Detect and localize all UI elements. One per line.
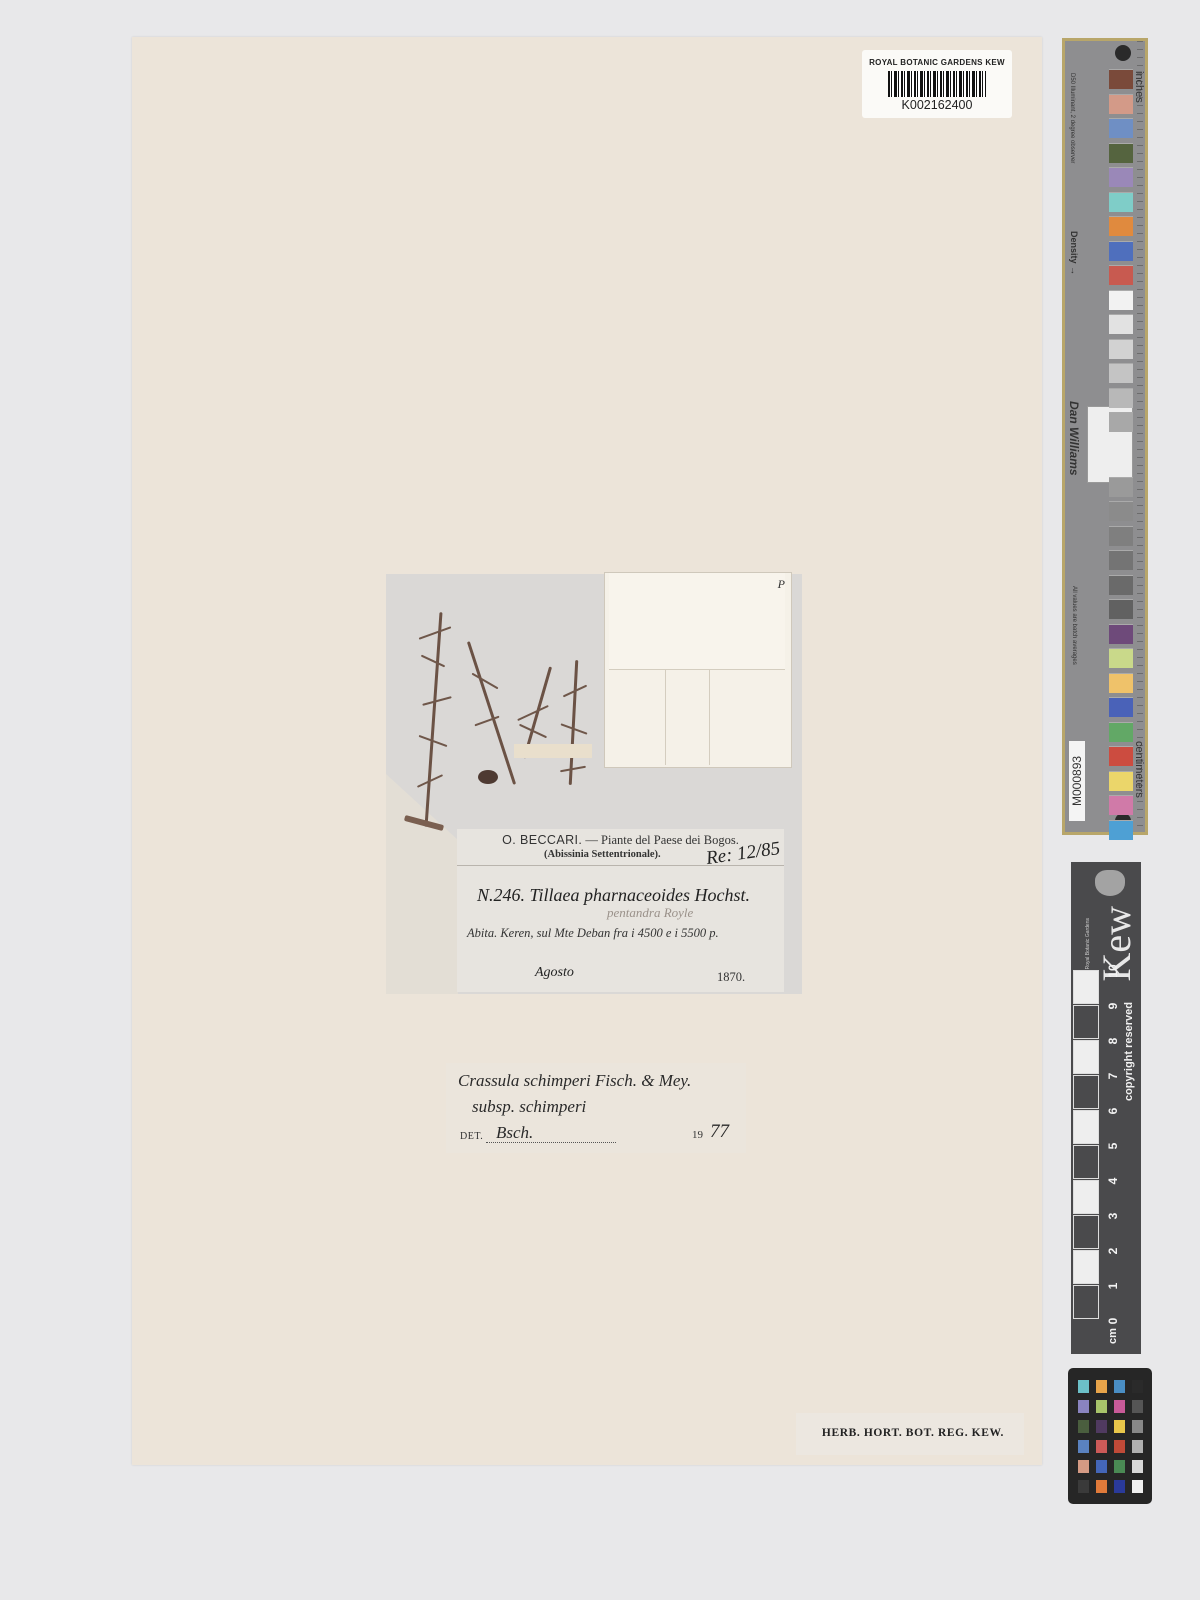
det-prefix: DET. (460, 1131, 483, 1142)
color-patch (1109, 599, 1133, 619)
color-patch (1109, 69, 1133, 89)
scale-tick-label: 6 (1106, 1103, 1120, 1119)
barcode-number: K002162400 (862, 98, 1012, 112)
color-patch (1109, 795, 1133, 815)
checker-swatch (1078, 1480, 1089, 1493)
scale-tick-label: 4 (1106, 1173, 1120, 1189)
checker-swatch (1114, 1380, 1125, 1393)
color-checker-card (1068, 1368, 1152, 1504)
checker-swatch (1114, 1480, 1125, 1493)
checker-swatch (1096, 1460, 1107, 1473)
kew-scale-bar: Kew Royal Botanic Gardens copyright rese… (1071, 862, 1141, 1354)
color-patch (1109, 746, 1133, 766)
scale-segment (1073, 1215, 1099, 1249)
scale-tick-label: 1 (1106, 1278, 1120, 1294)
scale-segment (1073, 1180, 1099, 1214)
strip-hole-icon (1115, 45, 1131, 61)
color-patch (1109, 526, 1133, 546)
scale-segment (1073, 1040, 1099, 1074)
scale-tick-label: 8 (1106, 1033, 1120, 1049)
color-patch (1109, 143, 1133, 163)
cm-label: cm (1107, 1328, 1119, 1344)
checker-swatch (1096, 1440, 1107, 1453)
checker-swatch (1096, 1380, 1107, 1393)
color-patch (1109, 648, 1133, 668)
checker-swatch (1114, 1460, 1125, 1473)
scale-tick-label: 3 (1106, 1208, 1120, 1224)
color-patch (1109, 339, 1133, 359)
scale-tick-label: 2 (1106, 1243, 1120, 1259)
determination-year: 77 (710, 1121, 729, 1143)
color-patch (1109, 216, 1133, 236)
color-patch (1109, 722, 1133, 742)
color-patch (1109, 118, 1133, 138)
color-patch (1109, 94, 1133, 114)
strip-brand: Dan Williams (1067, 401, 1081, 476)
checker-swatch (1132, 1480, 1143, 1493)
color-patch (1109, 363, 1133, 383)
color-patch (1109, 314, 1133, 334)
locality: Abita. Keren, sul Mte Deban fra i 4500 e… (467, 925, 767, 942)
checker-swatch (1114, 1420, 1125, 1433)
copyright-text: copyright reserved (1123, 1002, 1135, 1101)
scale-tick-label: 5 (1106, 1138, 1120, 1154)
color-patch (1109, 575, 1133, 595)
determiner-signature: Bsch. (496, 1123, 533, 1143)
color-patch (1109, 290, 1133, 310)
checker-swatch (1132, 1420, 1143, 1433)
checker-swatch (1078, 1440, 1089, 1453)
color-patch (1109, 820, 1133, 840)
collection-title: Piante del Paese dei Bogos. (601, 833, 739, 847)
checker-swatch (1078, 1400, 1089, 1413)
barcode-icon (888, 71, 986, 97)
scale-segment (1073, 1005, 1099, 1039)
checker-swatch (1114, 1400, 1125, 1413)
color-patch (1109, 697, 1133, 717)
specimen-number-name: N.246. Tillaea pharnaceoides Hochst. (477, 885, 750, 906)
kew-crest-icon (1095, 870, 1125, 896)
barcode-label: ROYAL BOTANIC GARDENS KEW K002162400 (862, 50, 1012, 118)
color-patch (1109, 388, 1133, 408)
alternate-name: pentandra Royle (607, 905, 693, 921)
checker-swatch (1096, 1400, 1107, 1413)
color-patch (1109, 673, 1133, 693)
scale-tick-label: 0 (1106, 1313, 1120, 1329)
checker-swatch (1114, 1440, 1125, 1453)
inches-label: inches (1133, 71, 1145, 103)
color-patch (1109, 550, 1133, 570)
checker-swatch (1078, 1420, 1089, 1433)
institution-name: ROYAL BOTANIC GARDENS KEW (862, 58, 1012, 67)
determination-name: Crassula schimperi Fisch. & Mey. (458, 1071, 691, 1091)
color-patch (1109, 192, 1133, 212)
paper-fold (386, 774, 458, 994)
scale-segment (1073, 1250, 1099, 1284)
checker-swatch (1132, 1380, 1143, 1393)
envelope-flap (609, 573, 785, 670)
checker-swatch (1096, 1480, 1107, 1493)
strip-code: M000893 (1069, 741, 1085, 821)
scale-segment (1073, 970, 1099, 1004)
values-note: All values are batch averages (1071, 586, 1077, 665)
color-patch (1109, 265, 1133, 285)
envelope-mark: P (778, 577, 785, 592)
scale-tick-label: 7 (1106, 1068, 1120, 1084)
checker-swatch (1132, 1400, 1143, 1413)
centimeters-label: centimeters (1133, 741, 1145, 798)
determination-label: Crassula schimperi Fisch. & Mey. subsp. … (446, 1063, 746, 1153)
checker-swatch (1132, 1440, 1143, 1453)
illuminant-note: D50 Illuminant, 2 degree observer (1069, 73, 1075, 163)
color-patch (1109, 501, 1133, 521)
kew-subtitle: Royal Botanic Gardens (1085, 918, 1091, 969)
mounting-tape (514, 744, 592, 758)
color-patch (1109, 624, 1133, 644)
collection-year: 1870. (717, 970, 745, 985)
color-patch (1109, 771, 1133, 791)
scale-segment (1073, 1075, 1099, 1109)
scale-segment (1073, 1285, 1099, 1319)
color-patch (1109, 241, 1133, 261)
scale-tick-label: 10 (1106, 963, 1120, 979)
collection-month: Agosto (535, 965, 574, 981)
density-label: Density → (1069, 231, 1079, 275)
checker-swatch (1078, 1460, 1089, 1473)
color-patch (1109, 167, 1133, 187)
color-patch (1109, 477, 1133, 497)
checker-swatch (1132, 1460, 1143, 1473)
scale-tick-label: 9 (1106, 998, 1120, 1014)
color-calibration-strip: inches centimeters Density → D50 Illumin… (1062, 38, 1148, 835)
determination-subspecies: subsp. schimperi (472, 1097, 586, 1117)
collection-label: O. BECCARI. — Piante del Paese dei Bogos… (457, 829, 784, 992)
collector-name: O. BECCARI. (502, 833, 582, 847)
checker-swatch (1096, 1420, 1107, 1433)
scale-segment (1073, 1110, 1099, 1144)
color-patch (1109, 412, 1133, 432)
herbarium-stamp: HERB. HORT. BOT. REG. KEW. (796, 1413, 1024, 1455)
fragment-envelope[interactable]: P (604, 572, 792, 768)
checker-swatch (1078, 1380, 1089, 1393)
scale-segment (1073, 1145, 1099, 1179)
